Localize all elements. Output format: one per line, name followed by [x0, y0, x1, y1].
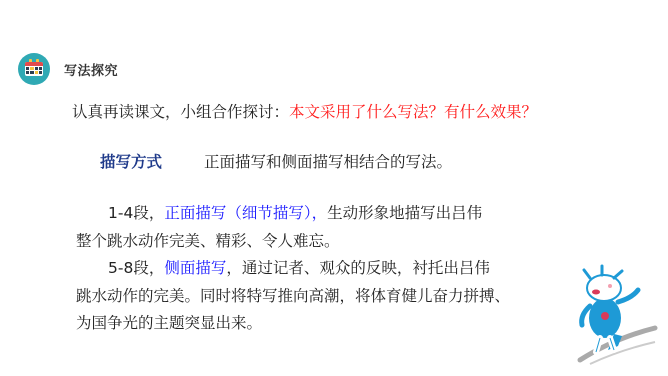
discussion-prompt: 认真再读课文，小组合作探讨：本文采用了什么写法？有什么效果？: [72, 100, 537, 122]
paragraph-prefix: 5-8段，: [108, 259, 164, 277]
paragraph-2-line-1: 5-8段，侧面描写，通过记者、观众的反映，衬托出吕伟: [76, 255, 536, 283]
paragraph-2-line-2: 跳水动作的完美。同时将特写推向高潮，将体育健儿奋力拼搏、: [76, 283, 536, 311]
method-label: 描写方式: [100, 153, 162, 171]
analysis-text: 1-4段，正面描写（细节描写），生动形象地描写出吕伟 整个跳水动作完美、精彩、令…: [76, 200, 536, 338]
paragraph-1-line-2: 整个跳水动作完美、精彩、令人难忘。: [76, 228, 536, 256]
paragraph-1-line-1: 1-4段，正面描写（细节描写），生动形象地描写出吕伟: [76, 200, 536, 228]
paragraph-2-line-3: 为国争光的主题突显出来。: [76, 310, 536, 338]
paragraph-highlight: 正面描写（细节描写），: [164, 204, 327, 222]
prompt-question: 本文采用了什么写法？有什么效果？: [289, 103, 537, 121]
calendar-icon: [18, 53, 50, 85]
paragraph-text: ，通过记者、观众的反映，衬托出吕伟: [226, 259, 490, 277]
diving-goat-mascot-icon: [560, 260, 660, 370]
paragraph-prefix: 1-4段，: [108, 204, 164, 222]
section-header: 写法探究: [18, 53, 118, 85]
description-method: 描写方式正面描写和侧面描写相结合的写法。: [100, 150, 452, 172]
section-title: 写法探究: [64, 60, 118, 79]
paragraph-text: 生动形象地描写出吕伟: [327, 204, 482, 222]
paragraph-highlight: 侧面描写: [164, 259, 226, 277]
prompt-lead: 认真再读课文，小组合作探讨：: [72, 103, 289, 121]
method-description: 正面描写和侧面描写相结合的写法。: [204, 153, 452, 171]
